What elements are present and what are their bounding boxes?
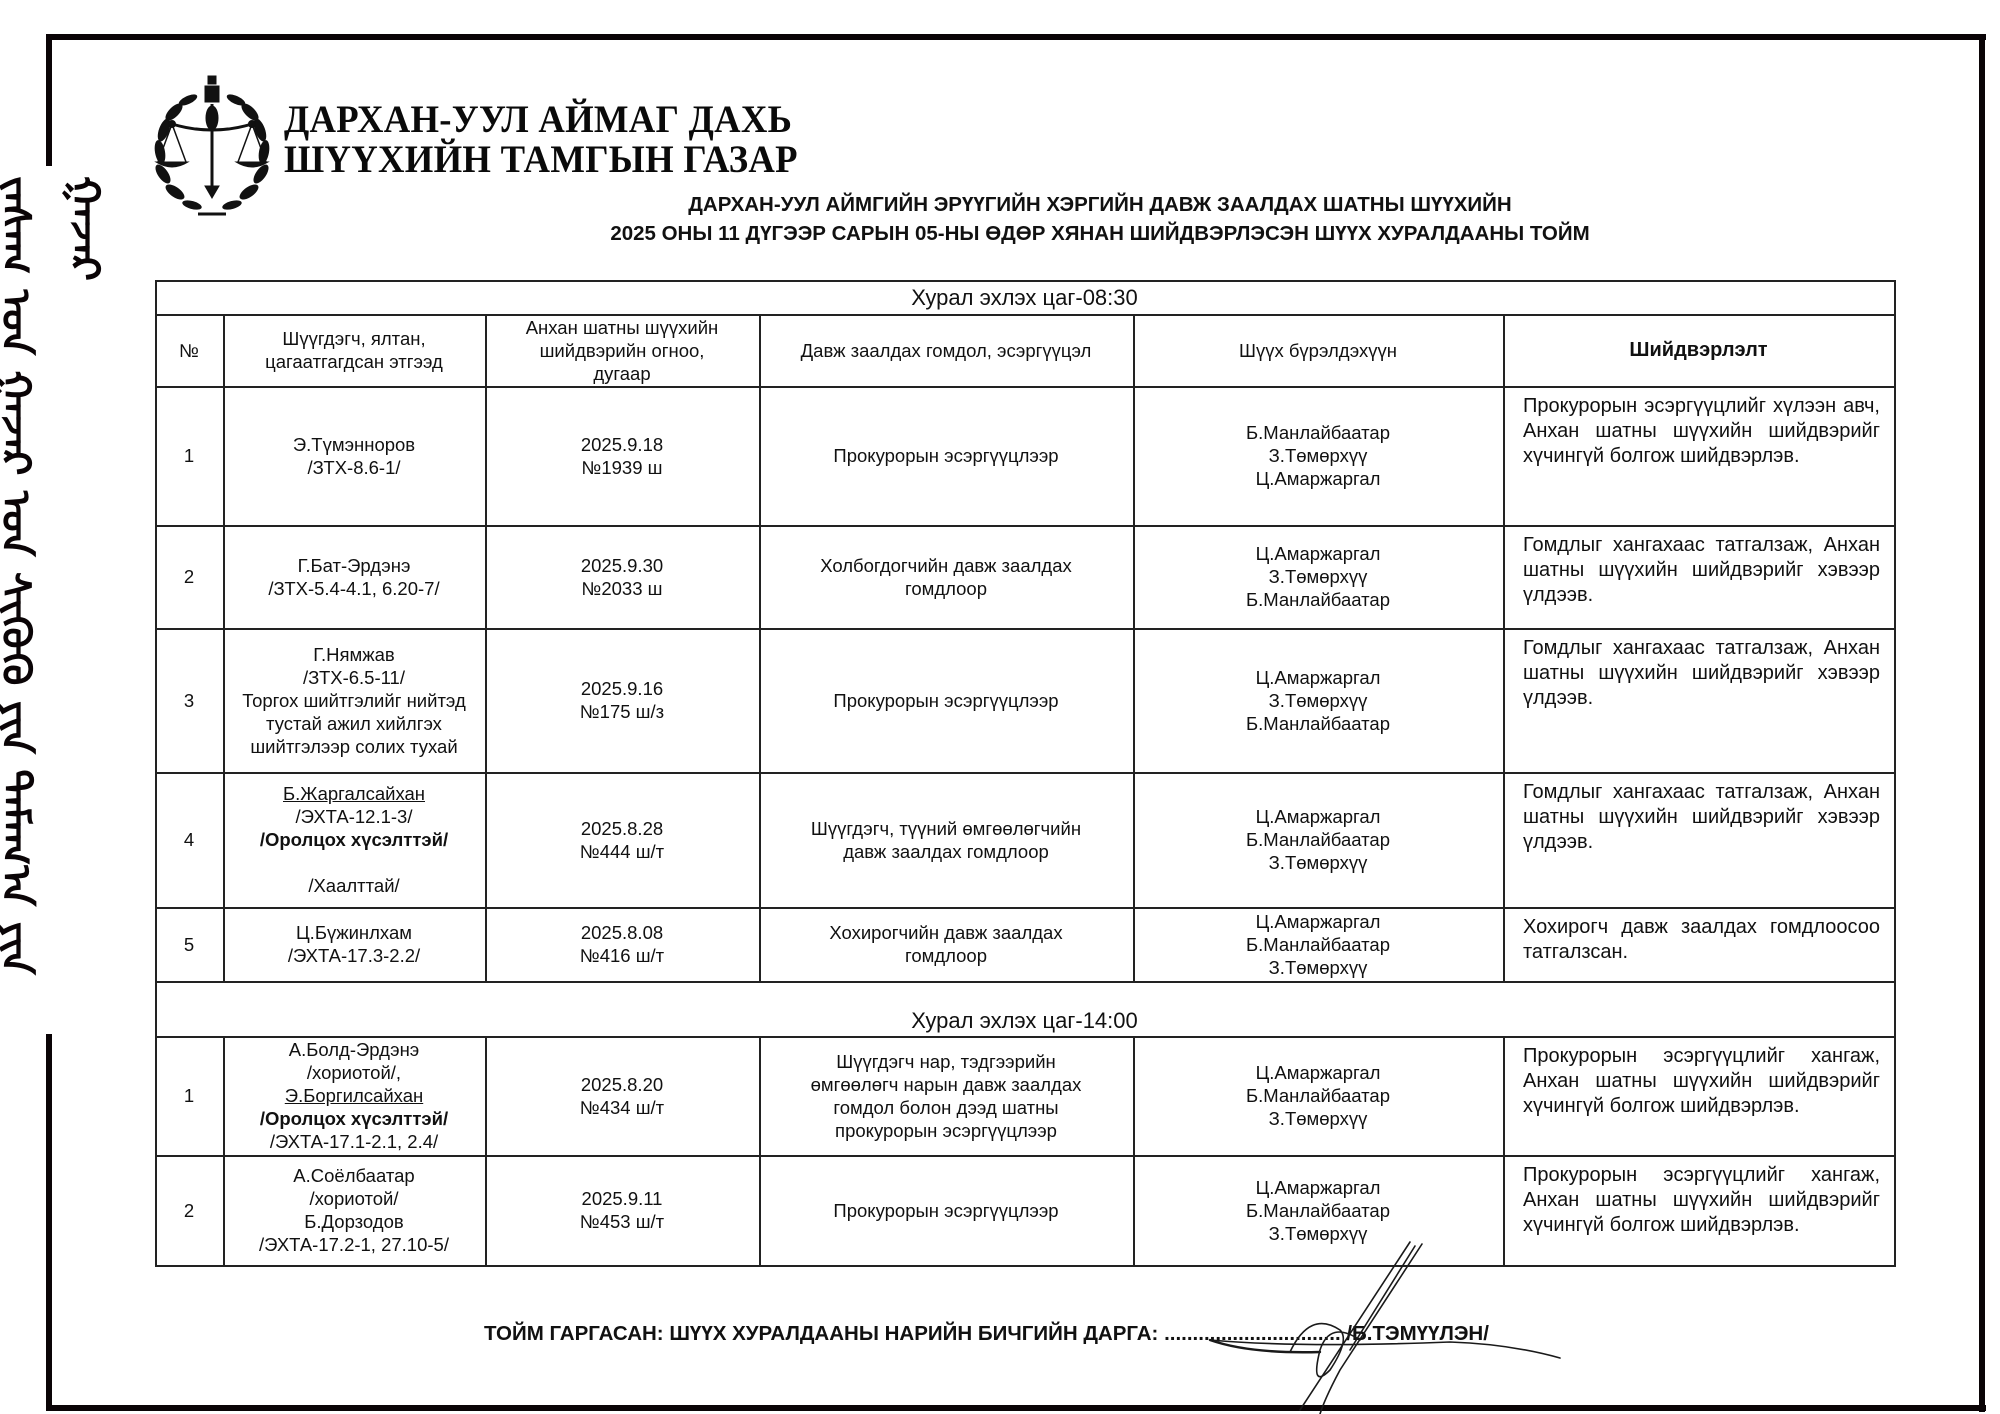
mongolian-script-text: ᠵᠠᠰᠠᠭ ᠤᠨ ᠭᠠᠵᠠᠷ ᠤᠨ ᠰᠢᠭᠦᠬᠦ ᠶᠢᠨ ᠲᠠᠮᠠᠭ᠎ᠠ ᠶᠢᠨ… [0,176,119,1026]
table-rule [1894,907,1896,981]
ruling-cell: Прокурорын эсэргүүцлийг хүлээн авч, Анха… [1503,386,1894,525]
defendant-line: Торгох шийтгэлийг нийтэд тустай ажил хий… [241,689,467,758]
court-panel-cell: Ц.АмаржаргалЗ.ТөмөрхүүБ.Манлайбаатар [1133,525,1503,628]
decision-date: 2025.8.28 [581,817,663,840]
decision-date: 2025.9.16 [581,677,663,700]
judge-name: Ц.Амаржаргал [1256,666,1381,689]
mongolian-vertical-script: ᠵᠠᠰᠠᠭ ᠤᠨ ᠭᠠᠵᠠᠷ ᠤᠨ ᠰᠢᠭᠦᠬᠦ ᠶᠢᠨ ᠲᠠᠮᠠᠭ᠎ᠠ ᠶᠢᠨ… [22,176,78,1026]
row-number: 5 [155,907,223,981]
row-number: 1 [155,386,223,525]
ruling-cell: Гомдлыг хангахаас татгалзаж, Анхан шатны… [1503,628,1894,772]
table-rule [1894,314,1896,386]
appeal-cell: Прокурорын эсэргүүцлээр [759,628,1133,772]
ruling-cell: Гомдлыг хангахаас татгалзаж, Анхан шатны… [1503,525,1894,628]
first-instance-decision-cell: 2025.9.16№175 ш/з [485,628,759,772]
row-number: 1 [155,1036,223,1155]
defendant-line: /ЗТХ-8.6-1/ [307,456,400,479]
judge-name: Ц.Амаржаргал [1256,1061,1381,1084]
table-rule [485,386,487,525]
defendant-line: /ЗТХ-5.4-4.1, 6.20-7/ [268,577,439,600]
row-number: 2 [155,525,223,628]
ruling-cell: Хохирогч давж заалдах гомдлоосоо татгалз… [1503,907,1894,981]
table-rule [485,1155,487,1265]
defendant-line: Б.Жаргалсайхан [283,782,425,805]
defendant-cell: Г.Бат-Эрдэнэ/ЗТХ-5.4-4.1, 6.20-7/ [223,525,485,628]
decision-number: №453 ш/т [580,1210,664,1233]
decision-number: №2033 ш [582,577,663,600]
table-rule [485,907,487,981]
defendant-cell: Э.Түмэнноров/ЗТХ-8.6-1/ [223,386,485,525]
judge-name: Б.Манлайбаатар [1246,828,1390,851]
table-rule [1894,981,1896,1036]
judge-name: З.Төмөрхүү [1269,689,1368,712]
judge-name: Ц.Амаржаргал [1256,542,1381,565]
judge-name: З.Төмөрхүү [1269,444,1368,467]
court-panel-cell: Ц.АмаржаргалБ.МанлайбаатарЗ.Төмөрхүү [1133,1036,1503,1155]
signer-name: /Б.ТЭМҮҮЛЭН/ [1346,1322,1489,1345]
judge-name: Б.Манлайбаатар [1246,1084,1390,1107]
decision-number: №434 ш/т [580,1096,664,1119]
judge-name: Ц.Амаржаргал [1256,467,1381,490]
decision-date: 2025.8.20 [581,1073,663,1096]
table-rule [155,1036,157,1155]
judge-name: Б.Манлайбаатар [1246,1199,1390,1222]
court-panel-cell: Ц.АмаржаргалБ.МанлайбаатарЗ.Төмөрхүү [1133,772,1503,907]
defendant-line: Э.Түмэнноров [293,433,415,456]
table-rule [1503,907,1505,981]
table-rule [485,314,487,386]
page-border-right [1979,34,1985,1412]
table-rule [155,628,157,772]
table-rule [1133,314,1135,386]
table-rule [155,280,157,314]
court-panel-cell: Ц.АмаржаргалЗ.ТөмөрхүүБ.Манлайбаатар [1133,628,1503,772]
table-rule [223,386,225,525]
table-rule [759,907,761,981]
table-rule [223,525,225,628]
decision-date: 2025.9.18 [581,433,663,456]
table-rule [1133,772,1135,907]
table-rule [1894,1155,1896,1265]
defendant-line: /хориотой/ [309,1187,398,1210]
table-rule [223,628,225,772]
judge-name: Ц.Амаржаргал [1256,1176,1381,1199]
org-name-line-1: ДАРХАН-УУЛ АЙМАГ ДАХЬ [284,100,798,140]
judge-name: Ц.Амаржаргал [1256,805,1381,828]
defendant-line: /Оролцох хүсэлттэй/ [260,828,448,851]
table-rule [1133,525,1135,628]
table-rule [223,907,225,981]
court-panel-cell: Ц.АмаржаргалБ.МанлайбаатарЗ.Төмөрхүү [1133,1155,1503,1265]
defendant-line: /Хаалттай/ [308,874,399,897]
page-border-left-upper [46,34,52,166]
appeal-cell: Холбогдогчийн давж заалдах гомдлоор [759,525,1133,628]
table-rule [1894,1036,1896,1155]
session-start-time: Хурал эхлэх цаг-08:30 [155,280,1894,314]
defendant-line: А.Соёлбаатар [293,1164,414,1187]
defendant-cell: Ц.Бүжинлхам/ЭХТА-17.3-2.2/ [223,907,485,981]
ruling-cell: Прокурорын эсэргүүцлийг хангаж, Анхан ша… [1503,1155,1894,1265]
column-header: Шийдвэрлэлт [1503,314,1894,386]
judge-name: З.Төмөрхүү [1269,956,1368,979]
table-rule [155,525,157,628]
table-rule [759,314,761,386]
decision-number: №175 ш/з [580,700,664,723]
first-instance-decision-cell: 2025.9.18№1939 ш [485,386,759,525]
column-header: Шүүх бүрэлдэхүүн [1133,314,1503,386]
table-rule [1503,525,1505,628]
defendant-line: А.Болд-Эрдэнэ [289,1038,420,1061]
table-rule [759,386,761,525]
table-rule [1503,772,1505,907]
decision-number: №416 ш/т [580,944,664,967]
column-header: Шүүгдэгч, ялтан, цагаатгагдсан этгээд [223,314,485,386]
row-number: 3 [155,628,223,772]
document-title-line-1: ДАРХАН-УУЛ АЙМГИЙН ЭРҮҮГИЙН ХЭРГИЙН ДАВЖ… [560,190,1640,219]
table-rule [1503,386,1505,525]
appeal-cell: Шүүгдэгч, түүний өмгөөлөгчийн давж заалд… [759,772,1133,907]
defendant-line: /ЭХТА-17.3-2.2/ [288,944,420,967]
page-border-left-lower [46,1034,52,1411]
table-rule [1133,1155,1135,1265]
table-rule [759,525,761,628]
table-rule [1133,628,1135,772]
table-rule [155,386,157,525]
table-rule [1894,628,1896,772]
table-rule [485,525,487,628]
judge-name: Б.Манлайбаатар [1246,933,1390,956]
column-header: Анхан шатны шүүхийн шийдвэрийн огноо, ду… [485,314,759,386]
first-instance-decision-cell: 2025.9.11№453 ш/т [485,1155,759,1265]
table-rule [155,1265,1896,1267]
defendant-line: /ЗТХ-6.5-11/ [303,666,405,689]
table-rule [1503,314,1505,386]
defendant-cell: А.Соёлбаатар/хориотой/Б.Дорзодов/ЭХТА-17… [223,1155,485,1265]
defendant-cell: Б.Жаргалсайхан/ЭХТА-12.1-3//Оролцох хүсэ… [223,772,485,907]
table-rule [1133,386,1135,525]
table-rule [759,1036,761,1155]
table-rule [485,1036,487,1155]
appeal-cell: Хохирогчийн давж заалдах гомдлоор [759,907,1133,981]
judge-name: З.Төмөрхүү [1269,851,1368,874]
court-panel-cell: Ц.АмаржаргалБ.МанлайбаатарЗ.Төмөрхүү [1133,907,1503,981]
table-rule [759,628,761,772]
table-rule [223,314,225,386]
ruling-cell: Прокурорын эсэргүүцлийг хангаж, Анхан ша… [1503,1036,1894,1155]
session-start-time: Хурал эхлэх цаг-14:00 [155,981,1894,1036]
table-rule [223,772,225,907]
prepared-by-label: ТОЙМ ГАРГАСАН: ШҮҮХ ХУРАЛДААНЫ НАРИЙН БИ… [484,1322,1158,1345]
decision-number: №444 ш/т [580,840,664,863]
judge-name: З.Төмөрхүү [1269,565,1368,588]
table-rule [1503,1036,1505,1155]
hearings-table: Хурал эхлэх цаг-08:30№Шүүгдэгч, ялтан, ц… [155,280,1894,1266]
table-rule [155,907,157,981]
court-panel-cell: Б.МанлайбаатарЗ.ТөмөрхүүЦ.Амаржаргал [1133,386,1503,525]
table-rule [1503,628,1505,772]
table-rule [759,1155,761,1265]
judge-name: Ц.Амаржаргал [1256,910,1381,933]
judge-name: З.Төмөрхүү [1269,1107,1368,1130]
first-instance-decision-cell: 2025.8.28№444 ш/т [485,772,759,907]
defendant-line: /ЭХТА-12.1-3/ [296,805,413,828]
row-number: 4 [155,772,223,907]
table-rule [485,772,487,907]
table-rule [155,981,157,1036]
defendant-line: Г.Нямжав [313,643,395,666]
signature-line: ............................... [1164,1322,1341,1345]
table-rule [223,1036,225,1155]
column-header: № [155,314,223,386]
judge-name: Б.Манлайбаатар [1246,588,1390,611]
table-rule [485,628,487,772]
defendant-cell: Г.Нямжав/ЗТХ-6.5-11/Торгох шийтгэлийг ни… [223,628,485,772]
row-number: 2 [155,1155,223,1265]
decision-date: 2025.9.30 [581,554,663,577]
table-rule [1894,772,1896,907]
defendant-line: Г.Бат-Эрдэнэ [298,554,411,577]
organization-name: ДАРХАН-УУЛ АЙМАГ ДАХЬ ШҮҮХИЙН ТАМГЫН ГАЗ… [284,100,798,180]
table-rule [223,1155,225,1265]
decision-date: 2025.9.11 [582,1187,663,1210]
document-title: ДАРХАН-УУЛ АЙМГИЙН ЭРҮҮГИЙН ХЭРГИЙН ДАВЖ… [560,190,1640,248]
defendant-line: Ц.Бүжинлхам [296,921,412,944]
defendant-line: /ЭХТА-17.2-1, 27.10-5/ [259,1233,449,1256]
decision-number: №1939 ш [582,456,663,479]
table-rule [155,772,157,907]
defendant-line: /хориотой/, [307,1061,401,1084]
appeal-cell: Прокурорын эсэргүүцлээр [759,386,1133,525]
defendant-line: /ЭХТА-17.1-2.1, 2.4/ [270,1130,438,1153]
first-instance-decision-cell: 2025.8.20№434 ш/т [485,1036,759,1155]
court-emblem-scales-icon [138,74,286,222]
judge-name: Б.Манлайбаатар [1246,421,1390,444]
prepared-by-footer: ТОЙМ ГАРГАСАН: ШҮҮХ ХУРАЛДААНЫ НАРИЙН БИ… [484,1322,1489,1346]
table-rule [155,1155,157,1265]
table-rule [1133,1036,1135,1155]
table-rule [1894,280,1896,314]
table-rule [155,314,157,386]
document-title-line-2: 2025 ОНЫ 11 ДҮГЭЭР САРЫН 05-НЫ ӨДӨР ХЯНА… [560,219,1640,248]
decision-date: 2025.8.08 [581,921,663,944]
first-instance-decision-cell: 2025.9.30№2033 ш [485,525,759,628]
column-header: Давж заалдах гомдол, эсэргүүцэл [759,314,1133,386]
page-border-bottom [46,1405,1986,1411]
org-name-line-2: ШҮҮХИЙН ТАМГЫН ГАЗАР [284,140,798,180]
table-rule [759,772,761,907]
table-rule [1894,525,1896,628]
judge-name: З.Төмөрхүү [1269,1222,1368,1245]
page-border-top [46,34,1986,40]
appeal-cell: Шүүгдэгч нар, тэдгээрийн өмгөөлөгч нарын… [759,1036,1133,1155]
table-rule [1503,1155,1505,1265]
defendant-line: /Оролцох хүсэлттэй/ [260,1107,448,1130]
defendant-line: Б.Дорзодов [304,1210,403,1233]
defendant-cell: А.Болд-Эрдэнэ/хориотой/,Э.Боргилсайхан/О… [223,1036,485,1155]
ruling-cell: Гомдлыг хангахаас татгалзаж, Анхан шатны… [1503,772,1894,907]
appeal-cell: Прокурорын эсэргүүцлээр [759,1155,1133,1265]
first-instance-decision-cell: 2025.8.08№416 ш/т [485,907,759,981]
judge-name: Б.Манлайбаатар [1246,712,1390,735]
table-rule [1133,907,1135,981]
table-rule [1894,386,1896,525]
defendant-line: Э.Боргилсайхан [285,1084,423,1107]
